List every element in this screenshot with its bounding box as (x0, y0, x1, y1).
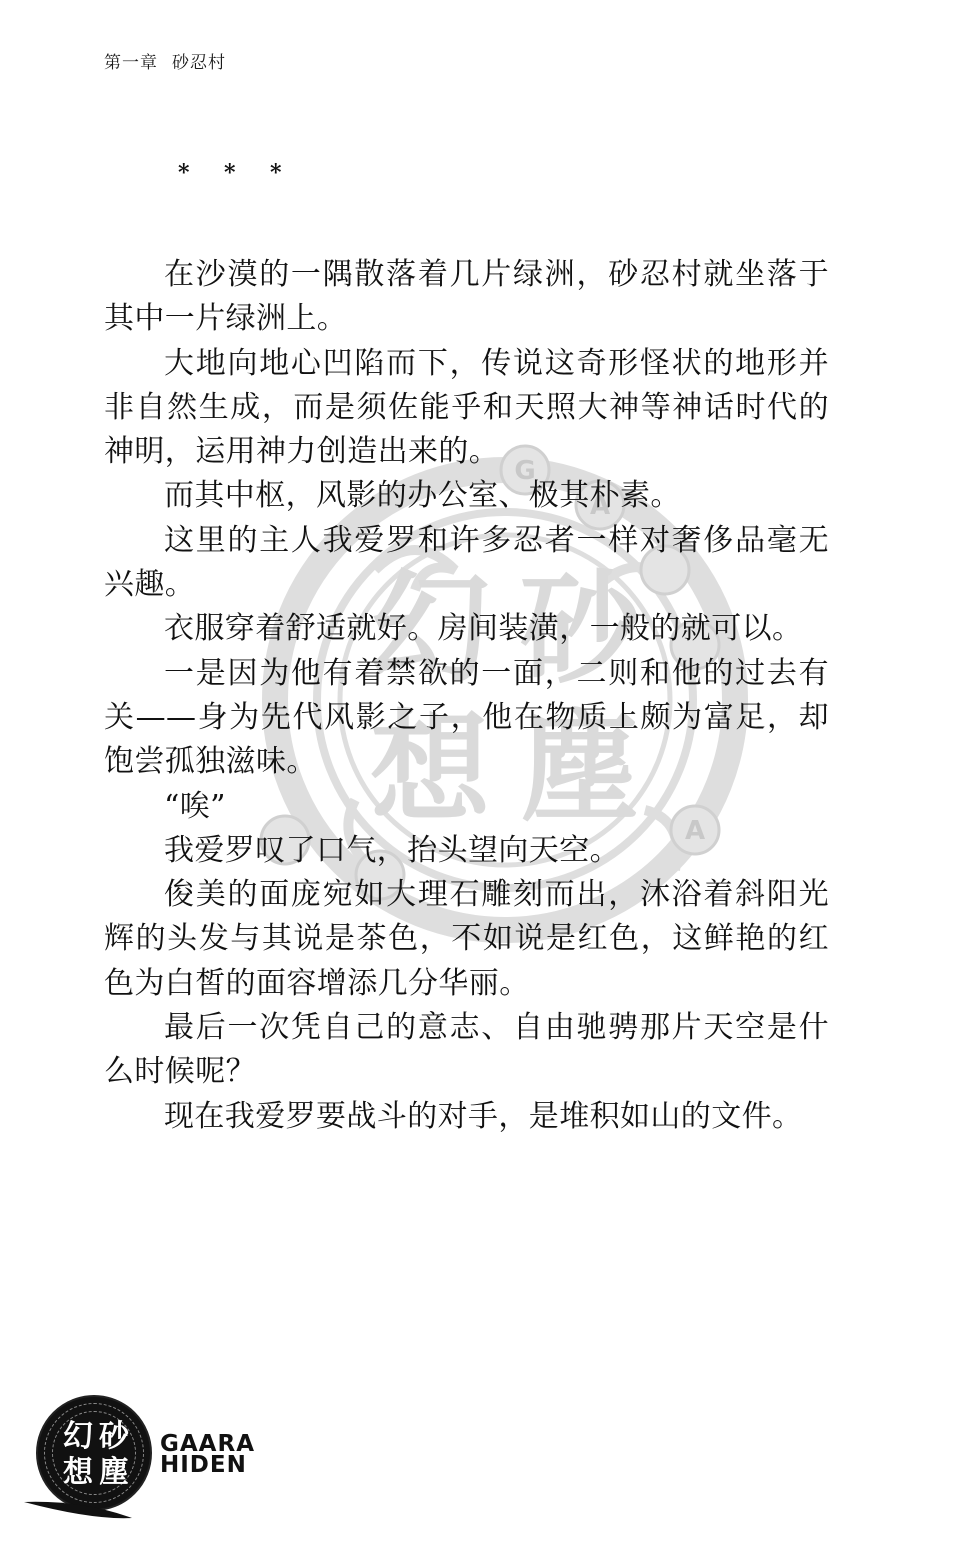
logo-char: 幻 (60, 1419, 96, 1455)
logo-char: 砂 (96, 1419, 132, 1455)
paragraph: 大地向地心凹陷而下，传说这奇形怪状的地形并非自然生成，而是须佐能乎和天照大神等神… (104, 342, 829, 475)
chapter-title: 砂忍村 (172, 53, 226, 73)
paragraph: 而其中枢，风影的办公室、极其朴素。 (104, 474, 829, 518)
paragraph-dialogue: “唉” (104, 785, 829, 829)
logo-char: 塵 (96, 1455, 132, 1491)
logo-char: 想 (60, 1455, 96, 1491)
paragraph: 现在我爱罗要战斗的对手，是堆积如山的文件。 (104, 1095, 829, 1139)
logo-swirl-tail (22, 1490, 152, 1520)
paragraph: 这里的主人我爱罗和许多忍者一样对奢侈品毫无兴趣。 (104, 519, 829, 608)
scene-break-asterisk: * (224, 160, 270, 186)
body-text: 在沙漠的一隅散落着几片绿洲，砂忍村就坐落于其中一片绿洲上。 大地向地心凹陷而下，… (104, 253, 829, 1139)
logo-title-line2: HIDEN (160, 1455, 255, 1476)
scene-break: *** (178, 160, 316, 186)
paragraph: 俊美的面庞宛如大理石雕刻而出，沐浴着斜阳光辉的头发与其说是茶色，不如说是红色，这… (104, 873, 829, 1006)
scene-break-asterisk: * (178, 160, 224, 186)
paragraph: 衣服穿着舒适就好。房间装潢，一般的就可以。 (104, 607, 829, 651)
paragraph: 在沙漠的一隅散落着几片绿洲，砂忍村就坐落于其中一片绿洲上。 (104, 253, 829, 342)
paragraph: 最后一次凭自己的意志、自由驰骋那片天空是什么时候呢？ (104, 1006, 829, 1095)
series-logo: 幻 砂 想 塵 GAARA HIDEN (22, 1390, 282, 1530)
logo-wordmark: GAARA HIDEN (160, 1434, 255, 1476)
chapter-number: 第一章 (104, 53, 158, 73)
scene-break-asterisk: * (270, 160, 316, 186)
running-head: 第一章砂忍村 (104, 48, 226, 73)
paragraph: 一是因为他有着禁欲的一面，二则和他的过去有关——身为先代风影之子，他在物质上颇为… (104, 652, 829, 785)
paragraph: 我爱罗叹了口气，抬头望向天空。 (104, 829, 829, 873)
